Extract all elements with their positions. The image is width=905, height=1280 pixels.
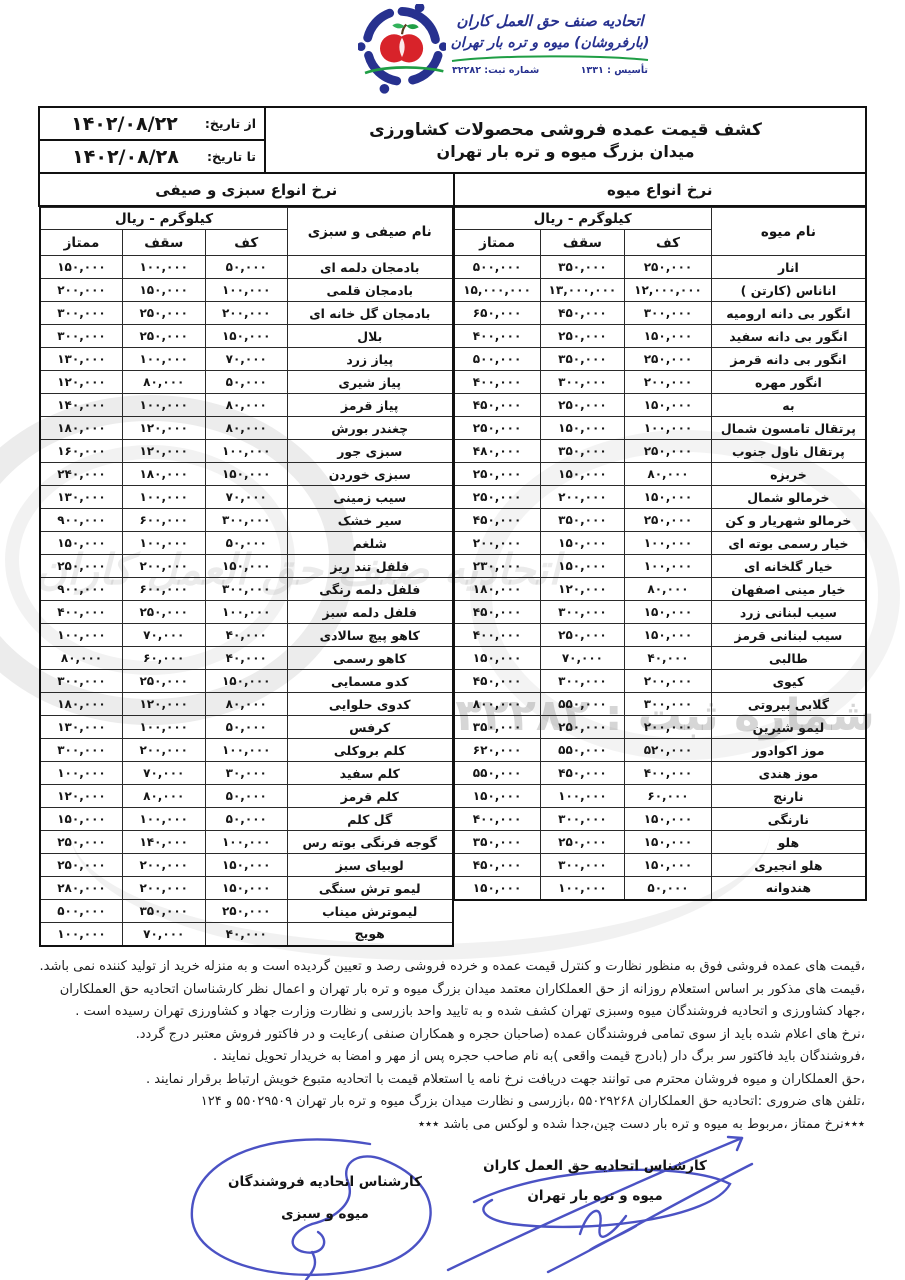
price-row: نارنگی۱۵۰,۰۰۰۳۰۰,۰۰۰۴۰۰,۰۰۰ (454, 808, 867, 831)
from-date-label: از تاریخ: (205, 116, 256, 131)
ceiling-price-cell: ۲۰۰,۰۰۰ (123, 739, 206, 762)
price-row: فلفل دلمه رنگی۳۰۰,۰۰۰۶۰۰,۰۰۰۹۰۰,۰۰۰ (40, 578, 453, 601)
price-row: موز هندی۴۰۰,۰۰۰۴۵۰,۰۰۰۵۵۰,۰۰۰ (454, 762, 867, 785)
premium-price-cell: ۴۰۰,۰۰۰ (454, 371, 541, 394)
product-name-cell: موز هندی (711, 762, 866, 785)
floor-price-cell: ۱۵۰,۰۰۰ (625, 808, 712, 831)
ceiling-price-cell: ۳۵۰,۰۰۰ (123, 900, 206, 923)
premium-price-cell: ۲۵۰,۰۰۰ (454, 463, 541, 486)
price-row: چغندر بورش۸۰,۰۰۰۱۲۰,۰۰۰۱۸۰,۰۰۰ (40, 417, 453, 440)
product-name-cell: هلو (711, 831, 866, 854)
ceiling-price-cell: ۲۵۰,۰۰۰ (123, 670, 206, 693)
product-name-cell: بادمجان دلمه ای (288, 256, 453, 279)
product-name-cell: لوبیای سبز (288, 854, 453, 877)
price-row: کلم سفید۳۰,۰۰۰۷۰,۰۰۰۱۰۰,۰۰۰ (40, 762, 453, 785)
founding-year: تأسیس : ۱۳۳۱ (581, 65, 648, 76)
price-row: کیوی۲۰۰,۰۰۰۳۰۰,۰۰۰۴۵۰,۰۰۰ (454, 670, 867, 693)
premium-price-cell: ۱۲۰,۰۰۰ (40, 785, 123, 808)
fruit-premium-header: ممتاز (454, 230, 541, 256)
premium-price-cell: ۲۵۰,۰۰۰ (40, 831, 123, 854)
ceiling-price-cell: ۱۵۰,۰۰۰ (540, 532, 625, 555)
product-name-cell: بلال (288, 325, 453, 348)
premium-price-cell: ۴۵۰,۰۰۰ (454, 601, 541, 624)
price-row: خیار رسمی بوته ای۱۰۰,۰۰۰۱۵۰,۰۰۰۲۰۰,۰۰۰ (454, 532, 867, 555)
price-row: خرمالو شهریار و کن۲۵۰,۰۰۰۳۵۰,۰۰۰۴۵۰,۰۰۰ (454, 509, 867, 532)
product-name-cell: خرمالو شهریار و کن (711, 509, 866, 532)
ceiling-price-cell: ۲۵۰,۰۰۰ (540, 716, 625, 739)
ceiling-price-cell: ۴۵۰,۰۰۰ (540, 762, 625, 785)
product-name-cell: خیار رسمی بوته ای (711, 532, 866, 555)
floor-price-cell: ۵۲۰,۰۰۰ (625, 739, 712, 762)
price-row: انگور مهره۲۰۰,۰۰۰۳۰۰,۰۰۰۴۰۰,۰۰۰ (454, 371, 867, 394)
floor-price-cell: ۸۰,۰۰۰ (625, 463, 712, 486)
premium-price-cell: ۲۵۰,۰۰۰ (40, 555, 123, 578)
premium-price-cell: ۹۰۰,۰۰۰ (40, 578, 123, 601)
product-name-cell: لیمو ترش سنگی (288, 877, 453, 900)
product-name-cell: پیاز شیری (288, 371, 453, 394)
fruit-name-header: نام میوه (711, 208, 866, 256)
premium-price-cell: ۳۰۰,۰۰۰ (40, 670, 123, 693)
premium-price-cell: ۱۰۰,۰۰۰ (40, 762, 123, 785)
ceiling-price-cell: ۶۰,۰۰۰ (123, 647, 206, 670)
product-name-cell: لیمو شیرین (711, 716, 866, 739)
price-row: اناناس (کارتن )۱۲,۰۰۰,۰۰۰۱۳,۰۰۰,۰۰۰۱۵,۰۰… (454, 279, 867, 302)
floor-price-cell: ۴۰۰,۰۰۰ (625, 762, 712, 785)
price-row: پیاز قرمز۸۰,۰۰۰۱۰۰,۰۰۰۱۴۰,۰۰۰ (40, 394, 453, 417)
ceiling-price-cell: ۱۳,۰۰۰,۰۰۰ (540, 279, 625, 302)
product-name-cell: انگور بی دانه قرمز (711, 348, 866, 371)
price-row: انگور بی دانه قرمز۲۵۰,۰۰۰۳۵۰,۰۰۰۵۰۰,۰۰۰ (454, 348, 867, 371)
product-name-cell: کلم قرمز (288, 785, 453, 808)
product-name-cell: انگور مهره (711, 371, 866, 394)
price-row: سیب لبنانی زرد۱۵۰,۰۰۰۳۰۰,۰۰۰۴۵۰,۰۰۰ (454, 601, 867, 624)
floor-price-cell: ۴۰,۰۰۰ (625, 647, 712, 670)
product-name-cell: سبزی جور (288, 440, 453, 463)
apple-icon (380, 23, 423, 62)
product-name-cell: گلابی بیروتی (711, 693, 866, 716)
product-name-cell: پیاز زرد (288, 348, 453, 371)
floor-price-cell: ۲۵۰,۰۰۰ (625, 440, 712, 463)
price-row: نارنج۶۰,۰۰۰۱۰۰,۰۰۰۱۵۰,۰۰۰ (454, 785, 867, 808)
fruit-ceiling-header: سقف (540, 230, 625, 256)
price-row: خربزه۸۰,۰۰۰۱۵۰,۰۰۰۲۵۰,۰۰۰ (454, 463, 867, 486)
product-name-cell: چغندر بورش (288, 417, 453, 440)
green-wave-icon (450, 54, 650, 64)
premium-price-cell: ۵۰۰,۰۰۰ (454, 256, 541, 279)
premium-price-cell: ۱۴۰,۰۰۰ (40, 394, 123, 417)
floor-price-cell: ۲۰۰,۰۰۰ (205, 302, 288, 325)
floor-price-cell: ۱۵۰,۰۰۰ (625, 831, 712, 854)
price-sheet: کشف قیمت عمده فروشی محصولات کشاورزی میدا… (38, 106, 867, 947)
veg-name-header: نام صیفی و سبزی (288, 208, 453, 256)
premium-price-cell: ۸۰۰,۰۰۰ (454, 693, 541, 716)
premium-price-cell: ۲۴۰,۰۰۰ (40, 463, 123, 486)
veg-unit-header: کیلوگرم - ریال (40, 208, 288, 230)
floor-price-cell: ۱۵۰,۰۰۰ (625, 854, 712, 877)
price-row: هلو انجیری۱۵۰,۰۰۰۳۰۰,۰۰۰۴۵۰,۰۰۰ (454, 854, 867, 877)
product-name-cell: انگور بی دانه ارومیه (711, 302, 866, 325)
floor-price-cell: ۱۰۰,۰۰۰ (205, 440, 288, 463)
ceiling-price-cell: ۶۰۰,۰۰۰ (123, 509, 206, 532)
product-name-cell: نارنج (711, 785, 866, 808)
price-row: کاهو پیچ سالادی۴۰,۰۰۰۷۰,۰۰۰۱۰۰,۰۰۰ (40, 624, 453, 647)
floor-price-cell: ۵۰,۰۰۰ (205, 532, 288, 555)
ceiling-price-cell: ۲۰۰,۰۰۰ (123, 854, 206, 877)
ceiling-price-cell: ۱۵۰,۰۰۰ (540, 417, 625, 440)
product-name-cell: سیر خشک (288, 509, 453, 532)
product-name-cell: به (711, 394, 866, 417)
price-row: خرمالو شمال۱۵۰,۰۰۰۲۰۰,۰۰۰۲۵۰,۰۰۰ (454, 486, 867, 509)
product-name-cell: اناناس (کارتن ) (711, 279, 866, 302)
premium-price-cell: ۱۵۰,۰۰۰ (40, 256, 123, 279)
floor-price-cell: ۸۰,۰۰۰ (625, 578, 712, 601)
floor-price-cell: ۳۰۰,۰۰۰ (205, 578, 288, 601)
product-name-cell: کلم سفید (288, 762, 453, 785)
ceiling-price-cell: ۱۰۰,۰۰۰ (123, 532, 206, 555)
title-line1: کشف قیمت عمده فروشی محصولات کشاورزی (369, 120, 762, 140)
price-row: فلفل تند ریز۱۵۰,۰۰۰۲۰۰,۰۰۰۲۵۰,۰۰۰ (40, 555, 453, 578)
to-date-row: تا تاریخ: ۱۴۰۲/۰۸/۲۸ (40, 141, 264, 172)
ceiling-price-cell: ۸۰,۰۰۰ (123, 785, 206, 808)
from-date-row: از تاریخ: ۱۴۰۲/۰۸/۲۲ (40, 108, 264, 141)
premium-price-cell: ۱۳۰,۰۰۰ (40, 716, 123, 739)
ceiling-price-cell: ۳۵۰,۰۰۰ (540, 348, 625, 371)
price-row: فلفل دلمه سبز۱۰۰,۰۰۰۲۵۰,۰۰۰۴۰۰,۰۰۰ (40, 601, 453, 624)
price-row: هلو۱۵۰,۰۰۰۲۵۰,۰۰۰۳۵۰,۰۰۰ (454, 831, 867, 854)
price-row: پیاز زرد۷۰,۰۰۰۱۰۰,۰۰۰۱۳۰,۰۰۰ (40, 348, 453, 371)
price-row: به۱۵۰,۰۰۰۲۵۰,۰۰۰۴۵۰,۰۰۰ (454, 394, 867, 417)
price-row: گل کلم۵۰,۰۰۰۱۰۰,۰۰۰۱۵۰,۰۰۰ (40, 808, 453, 831)
footnote-line: ،قیمت های عمده فروشی فوق به منظور نظارت … (38, 956, 865, 979)
product-name-cell: بادمجان قلمی (288, 279, 453, 302)
premium-price-cell: ۲۵۰,۰۰۰ (40, 854, 123, 877)
floor-price-cell: ۳۰۰,۰۰۰ (625, 693, 712, 716)
product-name-cell: کاهو پیچ سالادی (288, 624, 453, 647)
to-date-label: تا تاریخ: (207, 149, 256, 164)
ceiling-price-cell: ۱۲۰,۰۰۰ (123, 417, 206, 440)
premium-price-cell: ۱۸۰,۰۰۰ (40, 417, 123, 440)
price-row: خیار مینی اصفهان۸۰,۰۰۰۱۲۰,۰۰۰۱۸۰,۰۰۰ (454, 578, 867, 601)
floor-price-cell: ۵۰,۰۰۰ (205, 808, 288, 831)
product-name-cell: فلفل دلمه سبز (288, 601, 453, 624)
product-name-cell: فلفل تند ریز (288, 555, 453, 578)
premium-price-cell: ۶۲۰,۰۰۰ (454, 739, 541, 762)
ceiling-price-cell: ۱۰۰,۰۰۰ (540, 785, 625, 808)
premium-price-cell: ۱۵,۰۰۰,۰۰۰ (454, 279, 541, 302)
registration-number: شماره ثبت: ۳۲۲۸۲ (452, 65, 539, 76)
floor-price-cell: ۳۰۰,۰۰۰ (625, 302, 712, 325)
premium-price-cell: ۴۰۰,۰۰۰ (454, 624, 541, 647)
ceiling-price-cell: ۵۵۰,۰۰۰ (540, 693, 625, 716)
premium-price-cell: ۲۳۰,۰۰۰ (454, 555, 541, 578)
price-row: بادمجان قلمی۱۰۰,۰۰۰۱۵۰,۰۰۰۲۰۰,۰۰۰ (40, 279, 453, 302)
ceiling-price-cell: ۸۰,۰۰۰ (123, 371, 206, 394)
floor-price-cell: ۸۰,۰۰۰ (205, 693, 288, 716)
ceiling-price-cell: ۵۵۰,۰۰۰ (540, 739, 625, 762)
premium-price-cell: ۱۰۰,۰۰۰ (40, 624, 123, 647)
ceiling-price-cell: ۲۵۰,۰۰۰ (540, 831, 625, 854)
ceiling-price-cell: ۳۰۰,۰۰۰ (540, 808, 625, 831)
section-header-row: نرخ انواع میوه نرخ انواع سبزی و صیفی (38, 174, 867, 207)
floor-price-cell: ۱۵۰,۰۰۰ (205, 877, 288, 900)
floor-price-cell: ۵۰,۰۰۰ (205, 256, 288, 279)
floor-price-cell: ۲۰۰,۰۰۰ (625, 371, 712, 394)
floor-price-cell: ۵۰,۰۰۰ (205, 785, 288, 808)
product-name-cell: کدوی حلوایی (288, 693, 453, 716)
premium-price-cell: ۹۰۰,۰۰۰ (40, 509, 123, 532)
price-row: کرفس۵۰,۰۰۰۱۰۰,۰۰۰۱۳۰,۰۰۰ (40, 716, 453, 739)
premium-price-cell: ۵۵۰,۰۰۰ (454, 762, 541, 785)
price-row: خیار گلخانه ای۱۰۰,۰۰۰۱۵۰,۰۰۰۲۳۰,۰۰۰ (454, 555, 867, 578)
product-name-cell: سبزی خوردن (288, 463, 453, 486)
floor-price-cell: ۲۵۰,۰۰۰ (205, 900, 288, 923)
price-row: بادمجان گل خانه ای۲۰۰,۰۰۰۲۵۰,۰۰۰۳۰۰,۰۰۰ (40, 302, 453, 325)
floor-price-cell: ۸۰,۰۰۰ (205, 394, 288, 417)
premium-price-cell: ۱۵۰,۰۰۰ (454, 785, 541, 808)
footnotes: ،قیمت های عمده فروشی فوق به منظور نظارت … (38, 956, 865, 1136)
floor-price-cell: ۷۰,۰۰۰ (205, 486, 288, 509)
union-emblem-icon (358, 4, 446, 98)
premium-price-cell: ۴۵۰,۰۰۰ (454, 670, 541, 693)
ceiling-price-cell: ۲۰۰,۰۰۰ (540, 486, 625, 509)
document-title: کشف قیمت عمده فروشی محصولات کشاورزی میدا… (264, 108, 865, 172)
premium-price-cell: ۱۵۰,۰۰۰ (454, 877, 541, 900)
product-name-cell: پیاز قرمز (288, 394, 453, 417)
floor-price-cell: ۱۵۰,۰۰۰ (625, 394, 712, 417)
floor-price-cell: ۳۰۰,۰۰۰ (205, 509, 288, 532)
ceiling-price-cell: ۲۵۰,۰۰۰ (540, 624, 625, 647)
premium-price-cell: ۳۰۰,۰۰۰ (40, 302, 123, 325)
premium-price-cell: ۱۰۰,۰۰۰ (40, 923, 123, 946)
date-range: از تاریخ: ۱۴۰۲/۰۸/۲۲ تا تاریخ: ۱۴۰۲/۰۸/۲… (40, 108, 264, 172)
price-row: بادمجان دلمه ای۵۰,۰۰۰۱۰۰,۰۰۰۱۵۰,۰۰۰ (40, 256, 453, 279)
price-row: لیمو شیرین۲۰۰,۰۰۰۲۵۰,۰۰۰۳۵۰,۰۰۰ (454, 716, 867, 739)
premium-price-cell: ۱۸۰,۰۰۰ (454, 578, 541, 601)
product-name-cell: سیب زمینی (288, 486, 453, 509)
product-name-cell: گل کلم (288, 808, 453, 831)
price-row: سیب زمینی۷۰,۰۰۰۱۰۰,۰۰۰۱۳۰,۰۰۰ (40, 486, 453, 509)
floor-price-cell: ۸۰,۰۰۰ (205, 417, 288, 440)
ceiling-price-cell: ۷۰,۰۰۰ (123, 624, 206, 647)
ceiling-price-cell: ۱۰۰,۰۰۰ (123, 486, 206, 509)
price-row: لوبیای سبز۱۵۰,۰۰۰۲۰۰,۰۰۰۲۵۰,۰۰۰ (40, 854, 453, 877)
ceiling-price-cell: ۲۵۰,۰۰۰ (540, 394, 625, 417)
price-row: سبزی خوردن۱۵۰,۰۰۰۱۸۰,۰۰۰۲۴۰,۰۰۰ (40, 463, 453, 486)
price-row: سیر خشک۳۰۰,۰۰۰۶۰۰,۰۰۰۹۰۰,۰۰۰ (40, 509, 453, 532)
price-row: بلال۱۵۰,۰۰۰۲۵۰,۰۰۰۳۰۰,۰۰۰ (40, 325, 453, 348)
premium-price-cell: ۲۸۰,۰۰۰ (40, 877, 123, 900)
ceiling-price-cell: ۷۰,۰۰۰ (123, 762, 206, 785)
floor-price-cell: ۶۰,۰۰۰ (625, 785, 712, 808)
signatory-title-line1: کارشناس اتحادیه فروشندگان (170, 1172, 480, 1192)
product-name-cell: کیوی (711, 670, 866, 693)
product-name-cell: پرتقال ناول جنوب (711, 440, 866, 463)
price-row: گلابی بیروتی۳۰۰,۰۰۰۵۵۰,۰۰۰۸۰۰,۰۰۰ (454, 693, 867, 716)
product-name-cell: کاهو رسمی (288, 647, 453, 670)
price-row: لیموترش میناب۲۵۰,۰۰۰۳۵۰,۰۰۰۵۰۰,۰۰۰ (40, 900, 453, 923)
product-name-cell: طالبی (711, 647, 866, 670)
premium-price-cell: ۶۵۰,۰۰۰ (454, 302, 541, 325)
veg-floor-header: کف (205, 230, 288, 256)
product-name-cell: کلم بروکلی (288, 739, 453, 762)
fruit-unit-header: کیلوگرم - ریال (454, 208, 712, 230)
ceiling-price-cell: ۳۰۰,۰۰۰ (540, 371, 625, 394)
price-row: شلغم۵۰,۰۰۰۱۰۰,۰۰۰۱۵۰,۰۰۰ (40, 532, 453, 555)
ceiling-price-cell: ۶۰۰,۰۰۰ (123, 578, 206, 601)
premium-price-cell: ۱۵۰,۰۰۰ (40, 808, 123, 831)
vegetable-price-table: نام صیفی و سبزی کیلوگرم - ریال کف سقف مم… (39, 207, 454, 947)
footnote-line: ،نرخ های اعلام شده باید از سوی تمامی فرو… (38, 1024, 865, 1047)
price-row: انگور بی دانه سفید۱۵۰,۰۰۰۲۵۰,۰۰۰۴۰۰,۰۰۰ (454, 325, 867, 348)
product-name-cell: پرتقال تامسون شمال (711, 417, 866, 440)
product-name-cell: سیب لبنانی زرد (711, 601, 866, 624)
premium-price-cell: ۳۰۰,۰۰۰ (40, 325, 123, 348)
product-name-cell: خیار مینی اصفهان (711, 578, 866, 601)
union-logo: اتحادیه صنف حق العمل کاران (بارفروشان) م… (358, 4, 650, 98)
floor-price-cell: ۱۵۰,۰۰۰ (625, 325, 712, 348)
ceiling-price-cell: ۷۰,۰۰۰ (540, 647, 625, 670)
floor-price-cell: ۱۵۰,۰۰۰ (205, 670, 288, 693)
ceiling-price-cell: ۱۲۰,۰۰۰ (123, 693, 206, 716)
premium-price-cell: ۱۶۰,۰۰۰ (40, 440, 123, 463)
price-row: کدو مسمایی۱۵۰,۰۰۰۲۵۰,۰۰۰۳۰۰,۰۰۰ (40, 670, 453, 693)
premium-price-cell: ۵۰۰,۰۰۰ (454, 348, 541, 371)
product-name-cell: انگور بی دانه سفید (711, 325, 866, 348)
ceiling-price-cell: ۱۵۰,۰۰۰ (540, 463, 625, 486)
ceiling-price-cell: ۱۲۰,۰۰۰ (123, 440, 206, 463)
fruit-floor-header: کف (625, 230, 712, 256)
price-row: پیاز شیری۵۰,۰۰۰۸۰,۰۰۰۱۲۰,۰۰۰ (40, 371, 453, 394)
floor-price-cell: ۵۰,۰۰۰ (205, 716, 288, 739)
product-name-cell: شلغم (288, 532, 453, 555)
ceiling-price-cell: ۱۵۰,۰۰۰ (540, 555, 625, 578)
ceiling-price-cell: ۱۵۰,۰۰۰ (123, 279, 206, 302)
floor-price-cell: ۷۰,۰۰۰ (205, 348, 288, 371)
ceiling-price-cell: ۲۵۰,۰۰۰ (123, 325, 206, 348)
product-name-cell: هندوانه (711, 877, 866, 900)
premium-price-cell: ۴۰۰,۰۰۰ (40, 601, 123, 624)
floor-price-cell: ۲۰۰,۰۰۰ (625, 716, 712, 739)
title-row: کشف قیمت عمده فروشی محصولات کشاورزی میدا… (38, 106, 867, 174)
floor-price-cell: ۱۵۰,۰۰۰ (625, 486, 712, 509)
ceiling-price-cell: ۳۵۰,۰۰۰ (540, 509, 625, 532)
product-name-cell: گوجه فرنگی بوته رس (288, 831, 453, 854)
ceiling-price-cell: ۲۵۰,۰۰۰ (123, 601, 206, 624)
union-name-line2: (بارفروشان) میوه و تره بار تهران (450, 32, 650, 54)
ceiling-price-cell: ۱۰۰,۰۰۰ (123, 256, 206, 279)
ceiling-price-cell: ۳۰۰,۰۰۰ (540, 854, 625, 877)
price-row: طالبی۴۰,۰۰۰۷۰,۰۰۰۱۵۰,۰۰۰ (454, 647, 867, 670)
product-name-cell: لیموترش میناب (288, 900, 453, 923)
product-name-cell: هویج (288, 923, 453, 946)
floor-price-cell: ۱۰۰,۰۰۰ (205, 831, 288, 854)
floor-price-cell: ۱۰۰,۰۰۰ (205, 601, 288, 624)
floor-price-cell: ۱۰۰,۰۰۰ (625, 417, 712, 440)
premium-price-cell: ۲۵۰,۰۰۰ (454, 486, 541, 509)
product-name-cell: خرمالو شمال (711, 486, 866, 509)
price-row: انار۲۵۰,۰۰۰۳۵۰,۰۰۰۵۰۰,۰۰۰ (454, 256, 867, 279)
floor-price-cell: ۱۰۰,۰۰۰ (205, 279, 288, 302)
floor-price-cell: ۱۰۰,۰۰۰ (205, 739, 288, 762)
ceiling-price-cell: ۲۵۰,۰۰۰ (540, 325, 625, 348)
floor-price-cell: ۲۵۰,۰۰۰ (625, 348, 712, 371)
ceiling-price-cell: ۱۰۰,۰۰۰ (123, 394, 206, 417)
price-row: انگور بی دانه ارومیه۳۰۰,۰۰۰۴۵۰,۰۰۰۶۵۰,۰۰… (454, 302, 867, 325)
premium-price-cell: ۲۰۰,۰۰۰ (454, 532, 541, 555)
floor-price-cell: ۴۰,۰۰۰ (205, 647, 288, 670)
premium-price-cell: ۱۳۰,۰۰۰ (40, 486, 123, 509)
price-row: سیب لبنانی قرمز۱۵۰,۰۰۰۲۵۰,۰۰۰۴۰۰,۰۰۰ (454, 624, 867, 647)
price-row: پرتقال تامسون شمال۱۰۰,۰۰۰۱۵۰,۰۰۰۲۵۰,۰۰۰ (454, 417, 867, 440)
fruit-section-title: نرخ انواع میوه (453, 174, 866, 205)
price-row: کلم قرمز۵۰,۰۰۰۸۰,۰۰۰۱۲۰,۰۰۰ (40, 785, 453, 808)
fruit-price-table: نام میوه کیلوگرم - ریال کف سقف ممتاز انا… (453, 207, 868, 901)
signature-block-veg-union: کارشناس اتحادیه فروشندگان میوه و سبزی (170, 1130, 480, 1280)
floor-price-cell: ۱۵۰,۰۰۰ (625, 624, 712, 647)
floor-price-cell: ۵۰,۰۰۰ (205, 371, 288, 394)
floor-price-cell: ۳۰,۰۰۰ (205, 762, 288, 785)
floor-price-cell: ۵۰,۰۰۰ (625, 877, 712, 900)
footnote-line: ،تلفن های ضروری :اتحادیه حق العملکاران ۵… (38, 1091, 865, 1114)
floor-price-cell: ۱۵۰,۰۰۰ (205, 555, 288, 578)
product-name-cell: انار (711, 256, 866, 279)
floor-price-cell: ۲۰۰,۰۰۰ (625, 670, 712, 693)
premium-price-cell: ۴۸۰,۰۰۰ (454, 440, 541, 463)
ceiling-price-cell: ۳۰۰,۰۰۰ (540, 601, 625, 624)
floor-price-cell: ۱۵۰,۰۰۰ (625, 601, 712, 624)
floor-price-cell: ۱۵۰,۰۰۰ (205, 325, 288, 348)
price-row: گوجه فرنگی بوته رس۱۰۰,۰۰۰۱۴۰,۰۰۰۲۵۰,۰۰۰ (40, 831, 453, 854)
price-row: کاهو رسمی۴۰,۰۰۰۶۰,۰۰۰۸۰,۰۰۰ (40, 647, 453, 670)
floor-price-cell: ۱۵۰,۰۰۰ (205, 463, 288, 486)
product-name-cell: کرفس (288, 716, 453, 739)
premium-price-cell: ۱۲۰,۰۰۰ (40, 371, 123, 394)
premium-price-cell: ۳۵۰,۰۰۰ (454, 831, 541, 854)
title-line2: میدان بزرگ میوه و تره بار تهران (437, 142, 695, 161)
price-row: موز اکوادور۵۲۰,۰۰۰۵۵۰,۰۰۰۶۲۰,۰۰۰ (454, 739, 867, 762)
floor-price-cell: ۱۲,۰۰۰,۰۰۰ (625, 279, 712, 302)
veg-section-title: نرخ انواع سبزی و صیفی (40, 174, 453, 205)
price-tables: نام میوه کیلوگرم - ریال کف سقف ممتاز انا… (38, 207, 867, 947)
ceiling-price-cell: ۲۵۰,۰۰۰ (123, 302, 206, 325)
premium-price-cell: ۱۳۰,۰۰۰ (40, 348, 123, 371)
premium-price-cell: ۵۰۰,۰۰۰ (40, 900, 123, 923)
price-row: هندوانه۵۰,۰۰۰۱۰۰,۰۰۰۱۵۰,۰۰۰ (454, 877, 867, 900)
price-row: کلم بروکلی۱۰۰,۰۰۰۲۰۰,۰۰۰۳۰۰,۰۰۰ (40, 739, 453, 762)
product-name-cell: فلفل دلمه رنگی (288, 578, 453, 601)
price-row: لیمو ترش سنگی۱۵۰,۰۰۰۲۰۰,۰۰۰۲۸۰,۰۰۰ (40, 877, 453, 900)
product-name-cell: سیب لبنانی قرمز (711, 624, 866, 647)
ceiling-price-cell: ۲۰۰,۰۰۰ (123, 555, 206, 578)
ceiling-price-cell: ۱۴۰,۰۰۰ (123, 831, 206, 854)
premium-price-cell: ۸۰,۰۰۰ (40, 647, 123, 670)
ceiling-price-cell: ۳۰۰,۰۰۰ (540, 670, 625, 693)
product-name-cell: نارنگی (711, 808, 866, 831)
floor-price-cell: ۲۵۰,۰۰۰ (625, 256, 712, 279)
premium-price-cell: ۴۵۰,۰۰۰ (454, 509, 541, 532)
floor-price-cell: ۲۵۰,۰۰۰ (625, 509, 712, 532)
price-row: سبزی جور۱۰۰,۰۰۰۱۲۰,۰۰۰۱۶۰,۰۰۰ (40, 440, 453, 463)
footnote-line: ،قیمت های مذکور بر اساس استعلام روزانه ا… (38, 979, 865, 1024)
product-name-cell: خربزه (711, 463, 866, 486)
signatures: کارشناس اتحادیه حق العمل کاران میوه و تر… (0, 1122, 905, 1280)
footnote-line: ،فروشندگان باید فاکتور سر برگ دار (بادرج… (38, 1046, 865, 1069)
product-name-cell: کدو مسمایی (288, 670, 453, 693)
ceiling-price-cell: ۳۵۰,۰۰۰ (540, 256, 625, 279)
product-name-cell: موز اکوادور (711, 739, 866, 762)
product-name-cell: هلو انجیری (711, 854, 866, 877)
union-name-line1: اتحادیه صنف حق العمل کاران (450, 10, 650, 32)
